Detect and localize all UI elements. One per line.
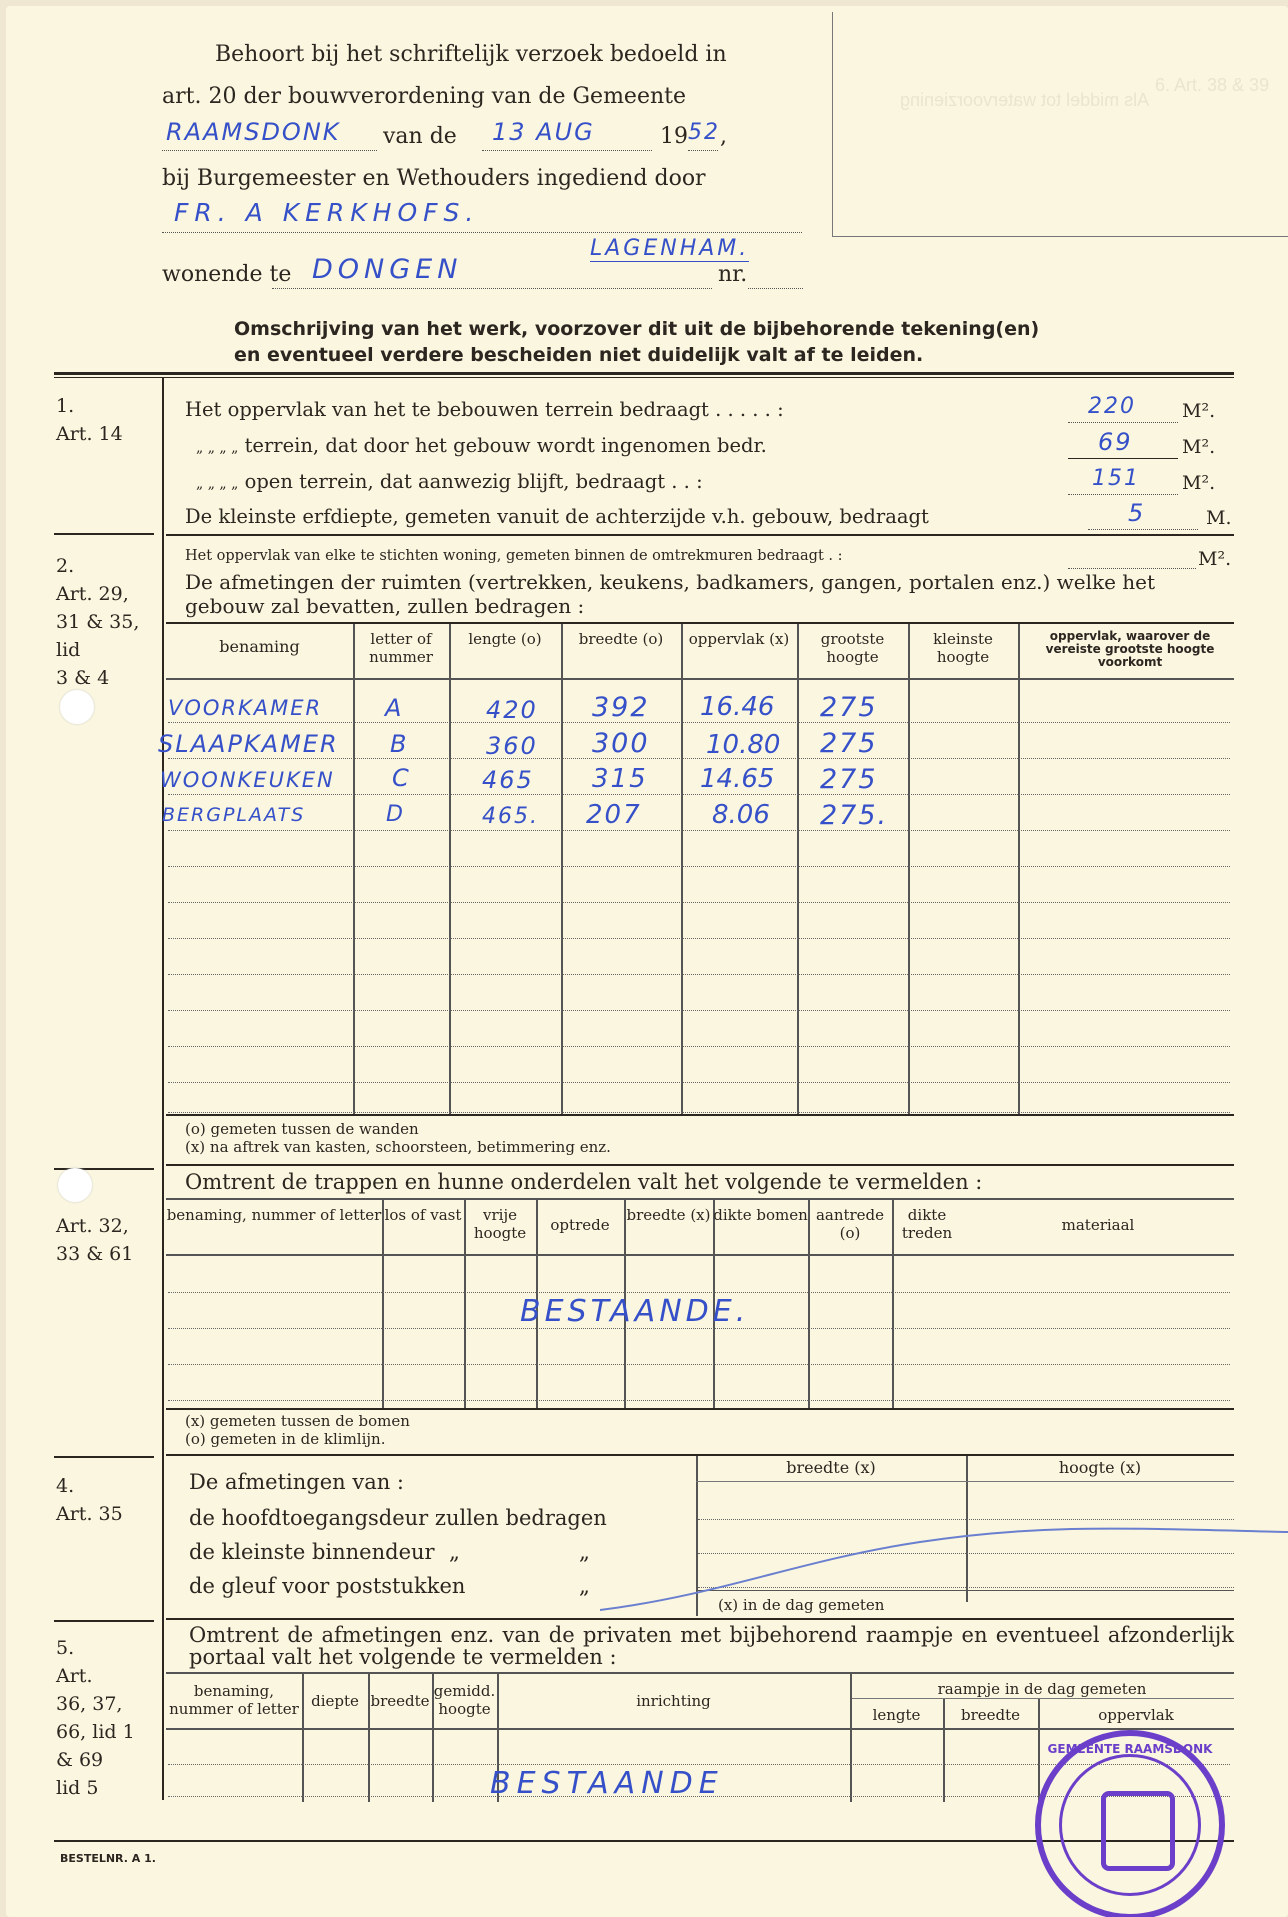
col-oppervlak: oppervlak (x) [681, 630, 797, 648]
pen-stroke [600, 1500, 1288, 1620]
col-raampje-breedte: breedte [943, 1706, 1038, 1724]
plot-depth-field[interactable]: 5 [1088, 507, 1198, 530]
year-prefix: 19 [660, 124, 688, 149]
woning-area-field[interactable] [1068, 550, 1196, 569]
year-field[interactable]: 52 [688, 124, 718, 151]
applicant-field[interactable]: FR. A KERKHOFS. [162, 206, 802, 233]
street-field[interactable]: LAGENHAM. [590, 236, 749, 262]
door-row-main: de hoofdtoegangsdeur zullen bedragen [189, 1506, 607, 1530]
house-number-field[interactable] [748, 262, 803, 289]
section1-article: Art. 14 [56, 420, 123, 448]
unit-m2: M². [1182, 400, 1215, 422]
unit-m2: M². [1198, 548, 1231, 570]
note-o: (o) gemeten in de klimlijn. [185, 1430, 385, 1448]
privies-intro: Omtrent de afmetingen enz. van de privat… [189, 1624, 1234, 1668]
col-optrede: optrede [536, 1216, 624, 1234]
rooms-intro: De afmetingen der ruimten (vertrekken, k… [185, 570, 1235, 618]
header-line1: Behoort bij het schriftelijk verzoek bed… [215, 42, 727, 67]
woning-area-label: Het oppervlak van elke te stichten wonin… [185, 548, 843, 564]
van-de-label: van de [383, 124, 457, 149]
section3-article: Art. 32, 33 & 61 [56, 1212, 133, 1268]
section2-article: 2. Art. 29, 31 & 35, lid 3 & 4 [56, 552, 139, 692]
open-area-field[interactable]: 151 [1068, 472, 1178, 495]
section1-row2: „ „ „ „ terrein, dat door het gebouw wor… [196, 434, 767, 457]
instruction-line2: en eventueel verdere bescheiden niet dui… [234, 344, 923, 366]
col-breedte: breedte (o) [561, 630, 681, 648]
office-use-box [832, 12, 1288, 237]
col-letter: letter of nummer [353, 630, 449, 666]
col-raampje-lengte: lengte [850, 1706, 943, 1724]
col-inrichting: inrichting [497, 1692, 850, 1710]
doors-intro: De afmetingen van : [189, 1470, 404, 1494]
built-area-field[interactable]: 69 [1068, 436, 1178, 459]
col-kleinste-hoogte: kleinste hoogte [908, 630, 1018, 666]
col-dikte-treden: dikte treden [892, 1206, 962, 1242]
note-x: (x) gemeten tussen de bomen [185, 1412, 410, 1430]
header-line4: bij Burgemeester en Wethouders ingediend… [162, 166, 706, 191]
applicant-value: FR. A KERKHOFS. [174, 198, 479, 227]
col-gemidd-hoogte: gemidd. hoogte [432, 1682, 497, 1718]
col-grootste-hoogte: grootste hoogte [797, 630, 908, 666]
section1-row1: Het oppervlak van het te bebouwen terrei… [185, 398, 784, 421]
col-breedte: breedte (x) [624, 1206, 713, 1224]
col-lengte: lengte (o) [449, 630, 561, 648]
note-o: (o) gemeten tussen de wanden [185, 1120, 419, 1138]
punch-hole [58, 1168, 92, 1202]
punch-hole [60, 690, 94, 724]
privies-handwritten-value: BESTAANDE [490, 1766, 724, 1801]
comma: , [720, 124, 727, 149]
street-value: LAGENHAM. [590, 236, 749, 261]
coat-of-arms-icon [1101, 1791, 1175, 1871]
residence-value: DONGEN [312, 254, 462, 285]
order-number: BESTELNR. A 1. [60, 1852, 156, 1865]
unit-m2: M². [1182, 436, 1215, 458]
section5-article: 5. Art. 36, 37, 66, lid 1 & 69 lid 5 [56, 1634, 135, 1802]
nr-label: nr. [718, 262, 747, 287]
col-door-breedte: breedte (x) [696, 1458, 966, 1477]
col-oppervlak-hoogte: oppervlak, waarover de vereiste grootste… [1030, 630, 1230, 669]
section4-article: Art. 35 [56, 1500, 123, 1528]
col-stairs-benaming: benaming, nummer of letter [166, 1206, 382, 1224]
instruction-line1: Omschrijving van het werk, voorzover dit… [234, 318, 1039, 340]
year-value: 52 [688, 120, 720, 145]
unit-m2: M². [1182, 472, 1215, 494]
col-privy-benaming: benaming, nummer of letter [166, 1682, 302, 1718]
municipality-value: RAAMSDONK [166, 118, 341, 146]
section4-number: 4. [56, 1472, 74, 1500]
col-los-vast: los of vast [382, 1206, 464, 1224]
col-raampje-group: raampje in de dag gemeten [850, 1680, 1234, 1698]
municipality-field[interactable]: RAAMSDONK [162, 124, 377, 151]
date-field[interactable]: 13 AUG [482, 124, 652, 151]
door-row-inner: de kleinste binnendeur„„ [189, 1540, 435, 1564]
door-row-mailslot: de gleuf voor poststukken„ [189, 1574, 465, 1598]
date-value: 13 AUG [492, 118, 595, 146]
col-breedte: breedte [368, 1692, 432, 1710]
col-diepte: diepte [302, 1692, 368, 1710]
stairs-handwritten-value: BESTAANDE. [520, 1294, 749, 1329]
residence-field[interactable]: DONGEN [272, 262, 712, 289]
stairs-intro: Omtrent de trappen en hunne onderdelen v… [185, 1170, 982, 1194]
municipal-stamp: GEMEENTE RAAMSDONK [1035, 1730, 1225, 1917]
section1-row4: De kleinste erfdiepte, gemeten vanuit de… [185, 505, 929, 528]
unit-m: M. [1206, 507, 1232, 529]
stamp-text: GEMEENTE RAAMSDONK [1041, 1742, 1219, 1756]
col-door-hoogte: hoogte (x) [966, 1458, 1234, 1477]
col-materiaal: materiaal [962, 1216, 1234, 1234]
col-raampje-oppervlak: oppervlak [1038, 1706, 1234, 1724]
terrain-area-field[interactable]: 220 [1068, 400, 1178, 423]
header-line2: art. 20 der bouwverordening van de Gemee… [162, 84, 686, 109]
col-aantrede: aantrede (o) [808, 1206, 892, 1242]
col-dikte-bomen: dikte bomen [713, 1206, 808, 1224]
note-x: (x) na aftrek van kasten, schoorsteen, b… [185, 1138, 611, 1156]
section1-row3: „ „ „ „ open terrein, dat aanwezig blijf… [196, 470, 703, 493]
section1-number: 1. [56, 392, 74, 420]
col-vrije-hoogte: vrije hoogte [464, 1206, 536, 1242]
col-benaming: benaming [166, 638, 353, 656]
